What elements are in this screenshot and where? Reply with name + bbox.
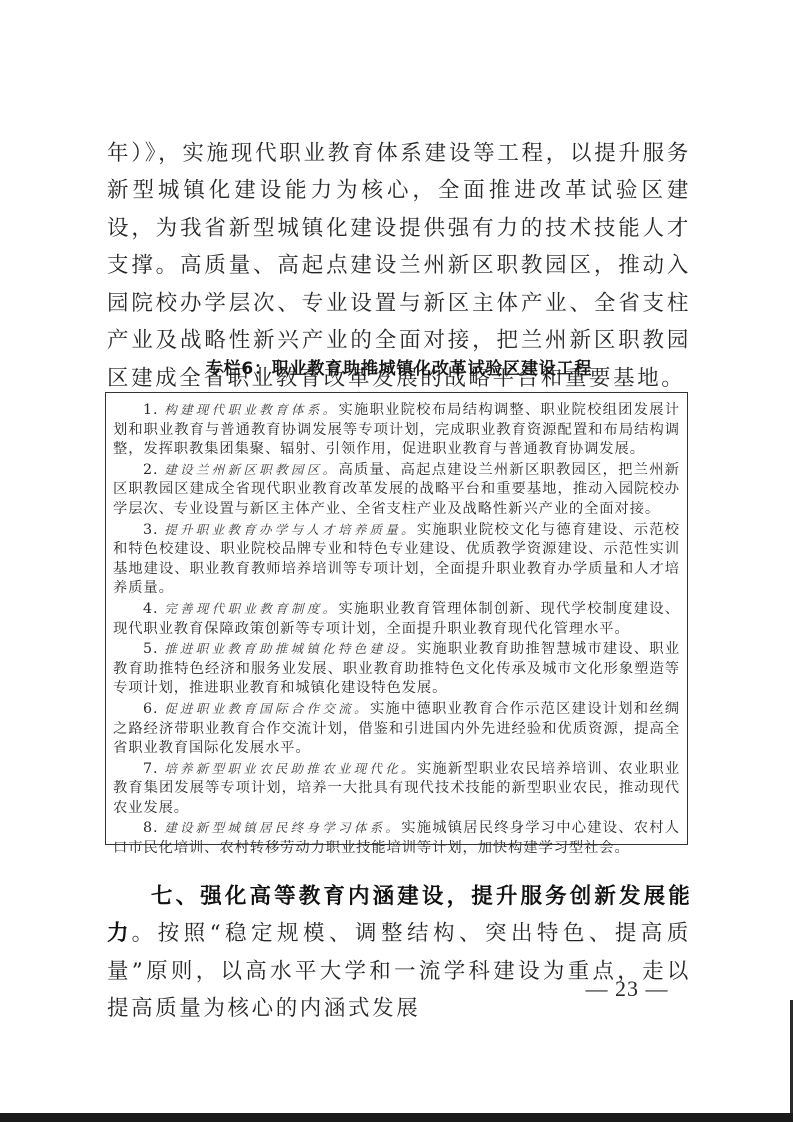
column-item-1: 1. 构建现代职业教育体系。实施职业院校布局结构调整、职业院校组团发展计划和职业… (113, 400, 680, 460)
column-title: 专栏6：职业教育助推城镇化改革试验区建设工程 (107, 354, 691, 379)
column-item-3: 3. 提升职业教育办学与人才培养质量。实施职业院校文化与德育建设、示范校和特色校… (113, 520, 680, 599)
section-text: 。按照“稳定规模、调整结构、突出特色、提高质量”原则，以高水平大学和一流学科建设… (107, 921, 691, 1021)
item-title: 建设兰州新区职教园区。 (164, 462, 338, 477)
item-number: 3. (113, 522, 158, 538)
column-item-7: 7. 培养新型职业农民助推农业现代化。实施新型职业农民培养培训、农业职业教育集团… (113, 759, 680, 819)
item-number: 5. (113, 641, 158, 657)
item-number: 2. (113, 462, 158, 478)
item-title: 完善现代职业教育制度。 (164, 601, 338, 616)
item-title: 建设新型城镇居民终身学习体系。 (164, 820, 401, 835)
item-number: 4. (113, 601, 158, 617)
column-item-2: 2. 建设兰州新区职教园区。高质量、高起点建设兰州新区职教园区，把兰州新区职教园… (113, 460, 680, 520)
item-number: 7. (113, 761, 158, 777)
item-title: 提升职业教育办学与人才培养质量。 (164, 522, 417, 537)
page-number: — 23 — (582, 976, 672, 1002)
column-item-5: 5. 推进职业教育助推城镇化特色建设。实施职业教育助推智慧城市建设、职业教育助推… (113, 639, 680, 699)
item-title: 构建现代职业教育体系。 (164, 402, 338, 417)
column-item-8: 8. 建设新型城镇居民终身学习体系。实施城镇居民终身学习中心建设、农村人口市民化… (113, 818, 680, 858)
scan-border-bottom (0, 1113, 793, 1122)
item-number: 1. (113, 402, 158, 418)
column-box: 1. 构建现代职业教育体系。实施职业院校布局结构调整、职业院校组团发展计划和职业… (105, 392, 688, 845)
column-item-4: 4. 完善现代职业教育制度。实施职业教育管理体制创新、现代学校制度建设、现代职业… (113, 599, 680, 639)
item-title: 推进职业教育助推城镇化特色建设。 (164, 641, 417, 656)
item-number: 8. (113, 820, 158, 836)
item-title: 培养新型职业农民助推农业现代化。 (164, 761, 417, 776)
column-item-6: 6. 促进职业教育国际合作交流。实施中德职业教育合作示范区建设计划和丝绸之路经济… (113, 699, 680, 759)
item-number: 6. (113, 701, 158, 717)
body-paragraph-section-seven: 七、强化高等教育内涵建设，提升服务创新发展能力。按照“稳定规模、调整结构、突出特… (107, 878, 691, 1028)
document-page: 年）》，实施现代职业教育体系建设等工程，以提升服务新型城镇化建设能力为核心，全面… (0, 0, 793, 1113)
item-title: 促进职业教育国际合作交流。 (164, 701, 370, 716)
